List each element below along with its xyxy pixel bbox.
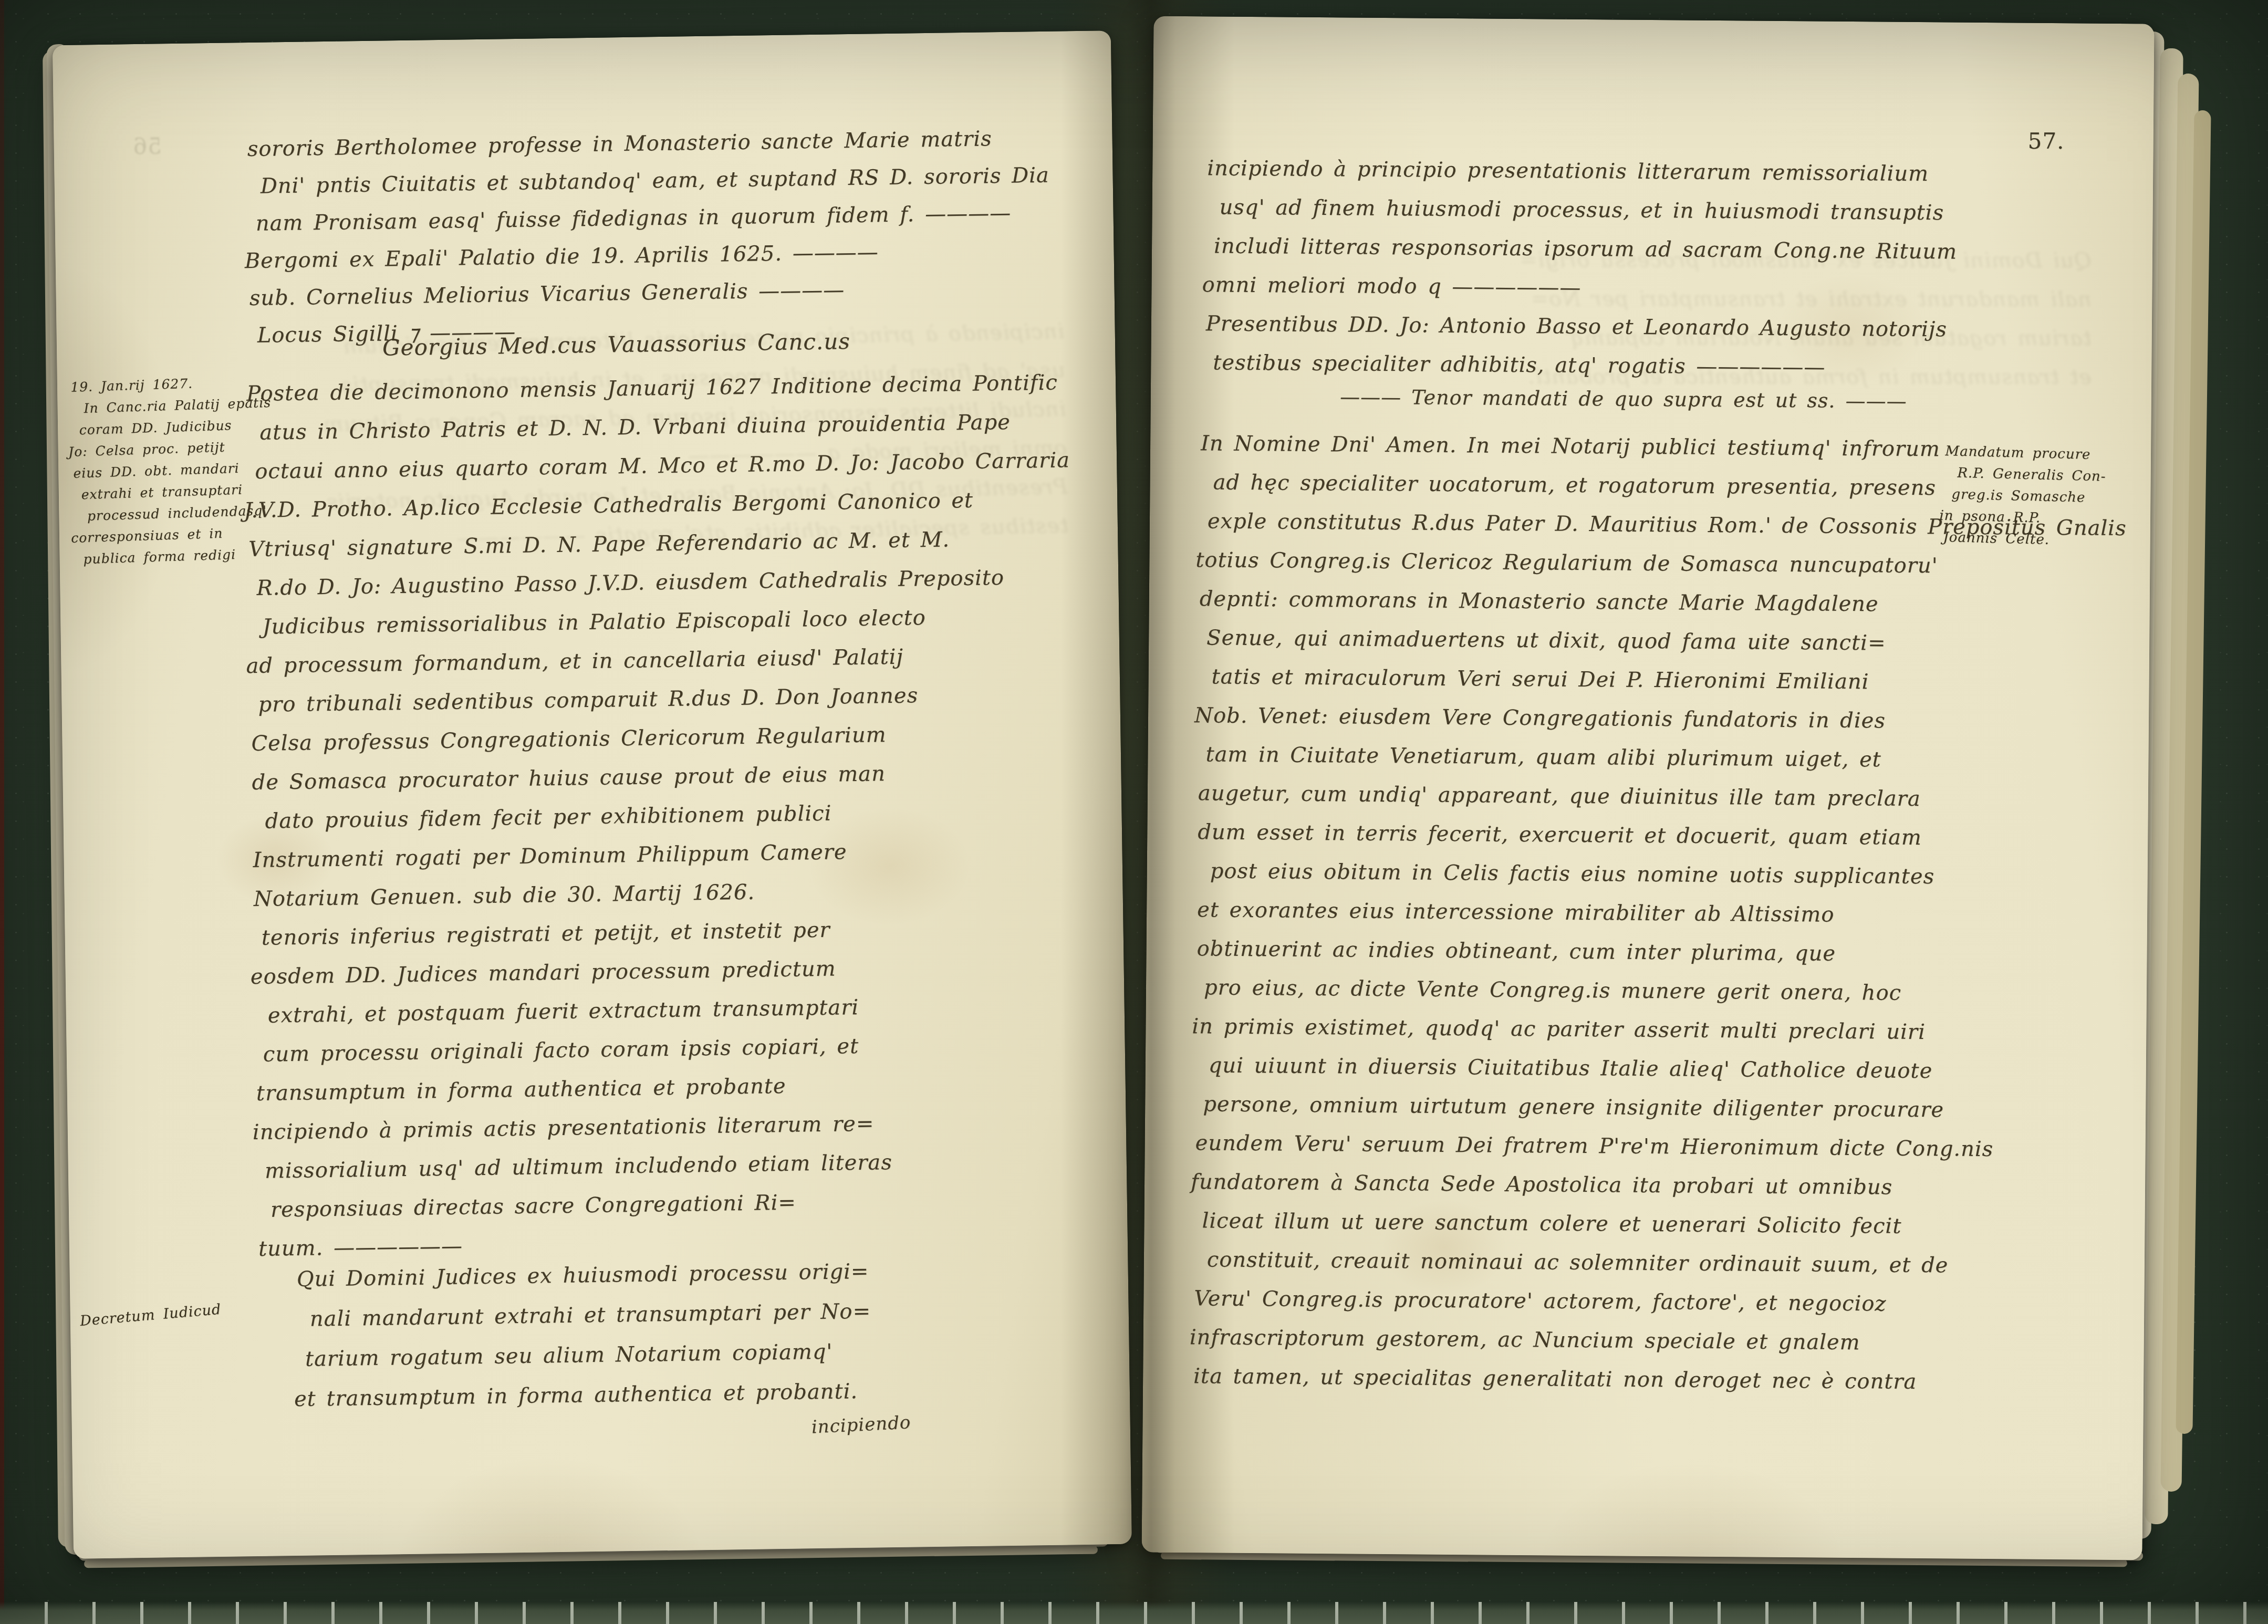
text-line: totius Congreg.is Clericoz Regularium de… — [1195, 540, 2041, 586]
text-line: Senue, qui animaduertens ut dixit, quod … — [1206, 618, 2040, 663]
tenor-heading: ——— Tenor mandati de quo supra est ut ss… — [1219, 384, 2028, 414]
text-line: depnti: commorans in Monasterio sancte M… — [1200, 579, 2041, 625]
text-line: qui uiuunt in diuersis Ciuitatibus Itali… — [1209, 1046, 2037, 1091]
text-line: infrascriptorum gestorem, ac Nuncium spe… — [1189, 1318, 2034, 1363]
text-line: obtinuerint ac indies obtineant, cum int… — [1197, 929, 2037, 975]
body-paragraph-left: Postea die decimonono mensis Januarij 16… — [246, 363, 1110, 1268]
text-line: usq' ad finem huiusmodi processus, et in… — [1219, 188, 2037, 233]
text-line: fundatorem à Sancta Sede Apostolica ita … — [1191, 1162, 2036, 1208]
text-line: post eius obitum in Celis factis eius no… — [1210, 851, 2038, 897]
text-line: exple constitutus R.dus Pater D. Mauriti… — [1208, 502, 2041, 547]
text-line: dum esset in terris fecerit, exercuerit … — [1198, 813, 2038, 858]
text-line: pro eius, ac dicte Vente Congreg.is mune… — [1204, 968, 2037, 1013]
text-line: tam in Ciuitate Venetiarum, quam alibi p… — [1205, 735, 2039, 780]
text-line: publica forma redigi — [83, 543, 255, 570]
text-line: et exorantes eius intercessione mirabili… — [1197, 890, 2038, 936]
text-line: incipiendo à principio presentationis li… — [1207, 149, 2037, 194]
text-line: Nob. Venet: eiusdem Vere Congregationis … — [1194, 696, 2040, 742]
decree-paragraph: Qui Domini Judices ex huiusmodi processu… — [265, 1248, 1107, 1419]
closing-paragraph: sororis Bertholomee professe in Monaster… — [247, 119, 1090, 355]
folio-number: 57. — [2028, 128, 2065, 154]
text-line: includi litteras responsorias ipsorum ad… — [1214, 226, 2037, 272]
catchword: incipiendo — [811, 1412, 911, 1438]
text-line: eundem Veru' seruum Dei fratrem P're'm H… — [1195, 1123, 2036, 1169]
text-line: ad hęc specialiter uocatorum, et rogator… — [1213, 463, 2041, 508]
text-line: Presentibus DD. Jo: Antonio Basso et Leo… — [1206, 304, 2036, 349]
text-line: in primis existimet, quodq' ac pariter a… — [1192, 1007, 2037, 1053]
text-line: persone, omnium uirtutum genere insignit… — [1203, 1085, 2036, 1130]
manuscript-photo: { "artifact": { "kind": "manuscript-book… — [0, 0, 2268, 1624]
margin-note-decree: Decretum Iudicud — [79, 1299, 222, 1332]
text-line: constituit, creauit nominaui ac solemnit… — [1207, 1240, 2035, 1285]
text-line: tatis et miraculorum Veri serui Dei P. H… — [1211, 657, 2040, 702]
right-page: Qui Domini Judices ex huiusmodi processu… — [1142, 16, 2155, 1560]
left-page: incipiendo à principio presentationis li… — [53, 30, 1132, 1559]
text-line: augetur, cum undiq' appareant, que diuin… — [1198, 774, 2039, 819]
text-line: liceat illum ut uere sanctum colere et u… — [1202, 1201, 2035, 1246]
margin-note-mandatum: Mandatum procureR.P. Generalis Con-greg.… — [1943, 441, 2155, 554]
text-line: ita tamen, ut specialitas generalitati n… — [1193, 1357, 2034, 1402]
body-paragraph-right: In Nomine Dni' Amen. In mei Notarij publ… — [1193, 424, 2041, 1402]
text-line: In Nomine Dni' Amen. In mei Notarij publ… — [1201, 424, 2042, 470]
scan-edge-red-strip — [0, 0, 4, 1624]
opening-paragraph: incipiendo à principio presentationis li… — [1205, 149, 2037, 388]
margin-note-upper: 19. Jan.rij 1627.In Canc.ria Palatij epa… — [70, 371, 255, 570]
measurement-ruler — [0, 1602, 2268, 1624]
text-line: Veru' Congreg.is procuratore' actorem, f… — [1194, 1279, 2035, 1325]
text-line: testibus specialiter adhibitis, atq' rog… — [1213, 343, 2036, 388]
text-line: omni meliori modo q —————— — [1202, 265, 2036, 310]
folio-ghost-number: 56 — [132, 133, 162, 159]
